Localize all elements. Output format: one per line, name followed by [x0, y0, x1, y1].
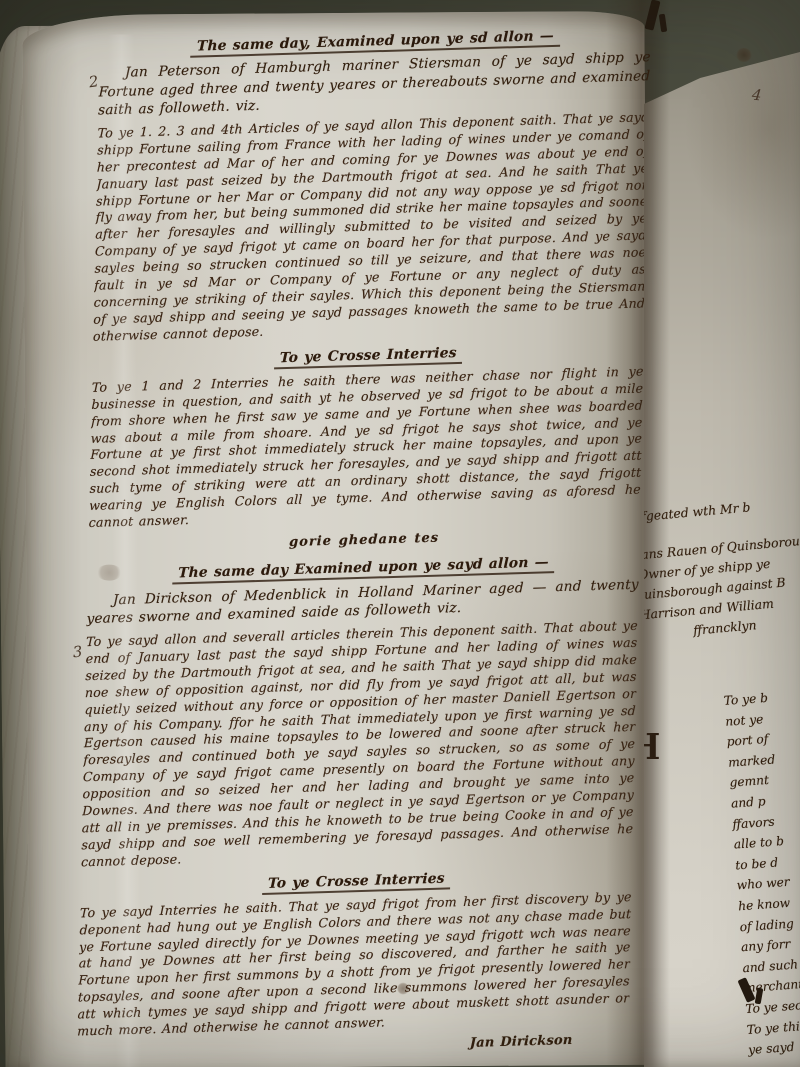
text-fragment: ffgeated wth Mr b — [626, 492, 800, 528]
deposition-text-block: The same day, Examined upon ye sd allon … — [77, 24, 652, 1062]
text-fragment: who wer — [736, 871, 800, 896]
deposition-paragraph: To ye 1 and 2 Interries he saith there w… — [89, 363, 644, 531]
deposition-paragraph: To ye 1. 2. 3 and 4th Articles of ye say… — [93, 109, 650, 345]
stain — [96, 565, 122, 581]
manuscript-right-page: 4 H ffgeated wth Mr b Hans Rauen of Quin… — [644, 0, 800, 1067]
right-page-lower-text: To ye b not ye port of marked gemnt and … — [723, 686, 800, 1061]
deposition-paragraph: To ye sayd Interries he saith. That ye s… — [77, 889, 632, 1041]
ink-blot — [736, 48, 752, 62]
deponent-intro: Jan Peterson of Hamburgh mariner Stiersm… — [98, 49, 651, 120]
deposition-paragraph: To ye sayd allon and severall articles t… — [81, 618, 638, 871]
manuscript-left-page: 2 3 The same day, Examined upon ye sd al… — [22, 11, 651, 1067]
manuscript-photo: 2 3 The same day, Examined upon ye sd al… — [0, 0, 800, 1067]
text-fragment: of lading — [739, 912, 800, 937]
right-page-upper-text: ffgeated wth Mr b Hans Rauen of Quinsbor… — [626, 492, 800, 645]
heading-text: To ye Crosse Interries — [274, 345, 463, 370]
page-number-4: 4 — [751, 86, 762, 105]
text-fragment: ye sayd — [748, 1035, 800, 1060]
ink-blot — [397, 983, 409, 995]
heading-text: To ye Crosse Interries — [262, 871, 451, 896]
page-number-3: 3 — [72, 642, 83, 661]
